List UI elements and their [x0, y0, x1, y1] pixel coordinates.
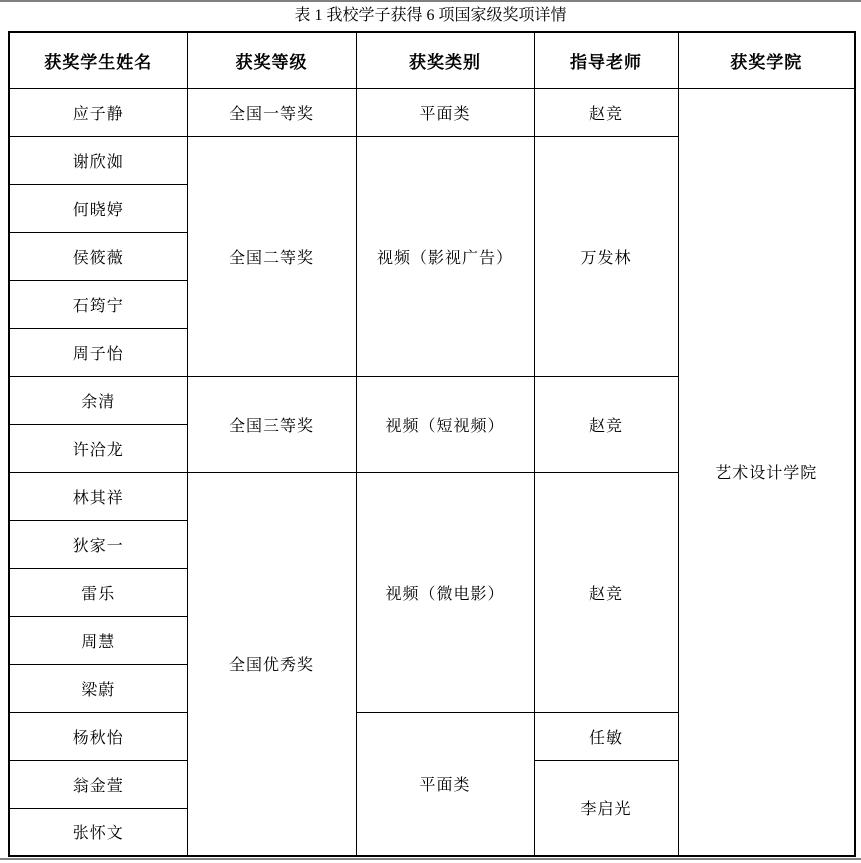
category-cell: 视频（影视广告）: [356, 136, 534, 376]
level-cell: 全国三等奖: [187, 376, 356, 472]
student-cell: 周子怡: [9, 328, 187, 376]
student-cell: 应子静: [9, 88, 187, 136]
teacher-cell: 李启光: [534, 760, 678, 856]
student-cell: 侯筱薇: [9, 232, 187, 280]
document-page: 表 1 我校学子获得 6 项国家级奖项详情 获奖学生姓名获奖等级获奖类别指导老师…: [0, 0, 861, 863]
teacher-cell: 赵竞: [534, 472, 678, 712]
student-cell: 梁蔚: [9, 664, 187, 712]
header-row: 获奖学生姓名获奖等级获奖类别指导老师获奖学院: [9, 32, 855, 88]
student-cell: 周慧: [9, 616, 187, 664]
header-teacher: 指导老师: [534, 32, 678, 88]
student-cell: 翁金萱: [9, 760, 187, 808]
category-cell: 平面类: [356, 88, 534, 136]
level-cell: 全国二等奖: [187, 136, 356, 376]
category-cell: 视频（微电影）: [356, 472, 534, 712]
student-cell: 许洽龙: [9, 424, 187, 472]
top-horizontal-rule: [0, 0, 861, 2]
student-cell: 石筠宁: [9, 280, 187, 328]
level-cell: 全国优秀奖: [187, 472, 356, 856]
student-cell: 何晓婷: [9, 184, 187, 232]
header-college: 获奖学院: [678, 32, 855, 88]
student-cell: 张怀文: [9, 808, 187, 856]
teacher-cell: 赵竞: [534, 376, 678, 472]
category-cell: 平面类: [356, 712, 534, 856]
awards-table: 获奖学生姓名获奖等级获奖类别指导老师获奖学院 应子静全国一等奖平面类赵竞艺术设计…: [8, 31, 856, 857]
table-body: 应子静全国一等奖平面类赵竞艺术设计学院谢欣洳全国二等奖视频（影视广告）万发林何晓…: [9, 88, 855, 856]
student-cell: 谢欣洳: [9, 136, 187, 184]
category-cell: 视频（短视频）: [356, 376, 534, 472]
level-cell: 全国一等奖: [187, 88, 356, 136]
table-row: 应子静全国一等奖平面类赵竞艺术设计学院: [9, 88, 855, 136]
header-level: 获奖等级: [187, 32, 356, 88]
student-cell: 杨秋怡: [9, 712, 187, 760]
bottom-horizontal-rule: [0, 858, 861, 860]
teacher-cell: 任敏: [534, 712, 678, 760]
student-cell: 狄家一: [9, 520, 187, 568]
college-cell: 艺术设计学院: [678, 88, 855, 856]
header-student: 获奖学生姓名: [9, 32, 187, 88]
teacher-cell: 赵竞: [534, 88, 678, 136]
table-caption: 表 1 我校学子获得 6 项国家级奖项详情: [0, 5, 861, 27]
teacher-cell: 万发林: [534, 136, 678, 376]
student-cell: 雷乐: [9, 568, 187, 616]
student-cell: 余清: [9, 376, 187, 424]
student-cell: 林其祥: [9, 472, 187, 520]
header-category: 获奖类别: [356, 32, 534, 88]
